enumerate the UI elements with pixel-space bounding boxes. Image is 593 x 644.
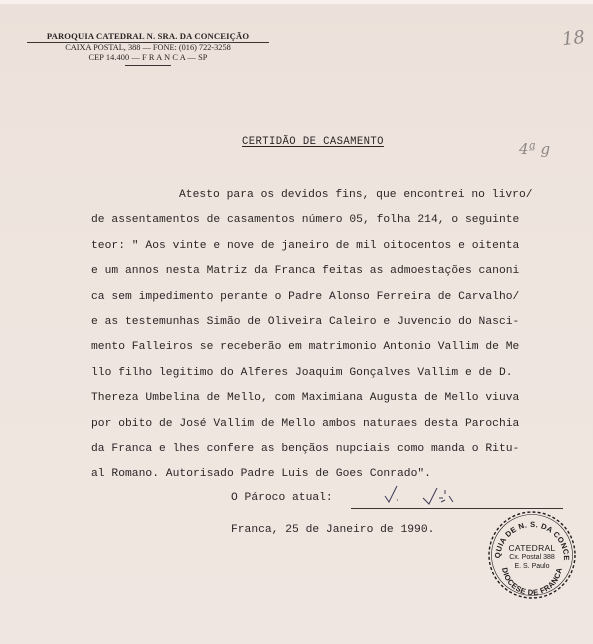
body-line: teor: " Aos vinte e nove de janeiro de m…: [91, 234, 586, 259]
body-line: Thereza Umbelina de Mello, com Maximiana…: [91, 386, 586, 411]
body-line: al Romano. Autorisado Padre Luis de Goes…: [91, 462, 586, 487]
signature-label: O Pároco atual:: [231, 492, 333, 504]
body-line: mento Falleiros se receberão em matrimon…: [91, 335, 586, 360]
document-title: CERTIDÃO DE CASAMENTO: [242, 136, 384, 148]
postal-phone-line: CAIXA POSTAL, 388 — FONE: (016) 722-3258: [27, 43, 269, 53]
place-and-date: Franca, 25 de Janeiro de 1990.: [231, 524, 434, 536]
parish-stamp: PARÓQUIA DE N. S. DA CONCEIÇÃO DIOCESE D…: [486, 509, 578, 601]
stamp-center-text: CATEDRAL Cx. Postal 388 E. S. Paulo: [502, 544, 562, 571]
stamp-catedral: CATEDRAL: [502, 544, 562, 553]
handwritten-page-number: 18: [561, 27, 586, 50]
body-line: Atesto para os devidos fins, que encontr…: [91, 183, 586, 208]
stamp-postal: Cx. Postal 388: [502, 553, 562, 562]
handwritten-signature-icon: [377, 480, 472, 510]
body-line: ca sem impedimento perante o Padre Alons…: [91, 285, 586, 310]
letterhead-divider: [125, 65, 171, 66]
body-line: por obito de José Vallim de Mello ambos …: [91, 412, 586, 437]
handwritten-folio-note: 4ª g: [519, 140, 550, 158]
parish-name: PAROQUIA CATEDRAL N. SRA. DA CONCEIÇÃO: [27, 31, 269, 43]
body-line: e um annos nesta Matriz da Franca feitas…: [91, 259, 586, 284]
body-line: da Franca e lhes confere as bençãos nupc…: [91, 437, 586, 462]
city-line: CEP 14.400 — F R A N C A — SP: [27, 53, 269, 63]
body-line: de assentamentos de casamentos número 05…: [91, 208, 586, 233]
letterhead: PAROQUIA CATEDRAL N. SRA. DA CONCEIÇÃO C…: [27, 31, 269, 66]
body-line: e as testemunhas Simão de Oliveira Calei…: [91, 310, 586, 335]
stamp-state: E. S. Paulo: [502, 562, 562, 571]
certificate-body: Atesto para os devidos fins, que encontr…: [91, 183, 586, 488]
body-line: llo filho legitimo do Alferes Joaquim Go…: [91, 361, 586, 386]
